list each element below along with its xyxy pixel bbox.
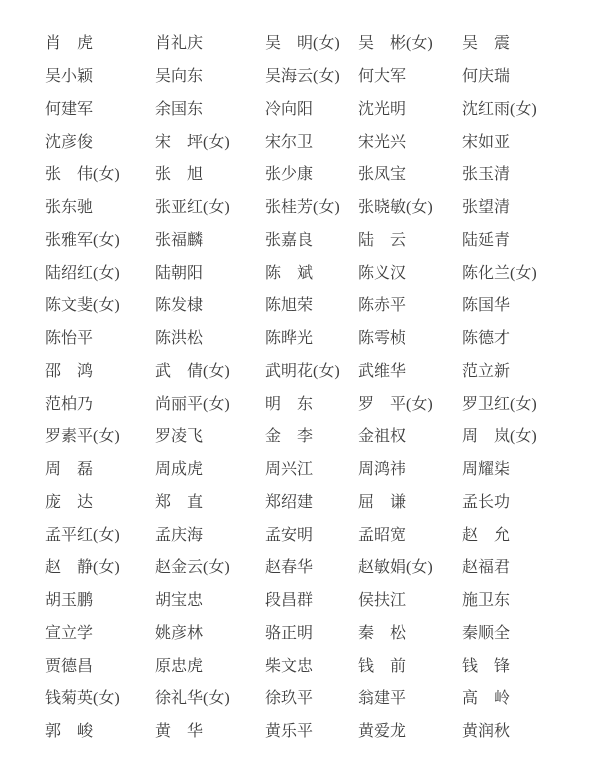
name-cell: 宋尔卫 <box>265 135 358 151</box>
name-cell: 孟平红(女) <box>45 528 155 544</box>
name-cell: 侯扶江 <box>358 593 462 609</box>
name-cell: 宋光兴 <box>358 135 462 151</box>
name-cell: 柴文忠 <box>265 659 358 675</box>
name-row: 钱菊英(女)徐礼华(女)徐玖平翁建平高 岭 <box>45 683 600 716</box>
name-cell: 姚彦林 <box>155 626 265 642</box>
name-cell: 金祖权 <box>358 429 462 445</box>
name-cell: 罗 平(女) <box>358 397 462 413</box>
name-cell: 张福麟 <box>155 233 265 249</box>
name-cell: 武 倩(女) <box>155 364 265 380</box>
name-row: 张雅军(女)张福麟张嘉良陆 云陆延青 <box>45 225 600 258</box>
name-row: 陆绍红(女)陆朝阳陈 斌陈义汉陈化兰(女) <box>45 257 600 290</box>
name-row: 张东驰张亚红(女)张桂芳(女)张晓敏(女)张望清 <box>45 192 600 225</box>
name-cell: 徐玖平 <box>265 691 358 707</box>
name-row: 何建军余国东冷向阳沈光明沈红雨(女) <box>45 94 600 127</box>
name-cell: 陈化兰(女) <box>462 266 600 282</box>
name-row: 罗素平(女)罗凌飞金 李金祖权周 岚(女) <box>45 421 600 454</box>
name-cell: 贾德昌 <box>45 659 155 675</box>
name-row: 胡玉鹏胡宝忠段昌群侯扶江施卫东 <box>45 585 600 618</box>
name-cell: 孟庆海 <box>155 528 265 544</box>
name-cell: 张凤宝 <box>358 167 462 183</box>
name-cell: 武明花(女) <box>265 364 358 380</box>
name-cell: 张少康 <box>265 167 358 183</box>
name-cell: 陈德才 <box>462 331 600 347</box>
name-cell: 黄爱龙 <box>358 724 462 740</box>
name-cell: 赵敏娟(女) <box>358 560 462 576</box>
name-row: 范柏乃尚丽平(女)明 东罗 平(女)罗卫红(女) <box>45 388 600 421</box>
name-cell: 沈红雨(女) <box>462 102 600 118</box>
name-cell: 范立新 <box>462 364 600 380</box>
name-cell: 黄 华 <box>155 724 265 740</box>
name-cell: 邵 鸿 <box>45 364 155 380</box>
name-cell: 胡宝忠 <box>155 593 265 609</box>
name-cell: 段昌群 <box>265 593 358 609</box>
name-cell: 孟昭宽 <box>358 528 462 544</box>
name-cell: 吴海云(女) <box>265 69 358 85</box>
name-cell: 施卫东 <box>462 593 600 609</box>
name-row: 吴小颖吴向东吴海云(女)何大军何庆瑞 <box>45 61 600 94</box>
name-cell: 张 伟(女) <box>45 167 155 183</box>
name-cell: 肖 虎 <box>45 36 155 52</box>
name-cell: 吴 震 <box>462 36 600 52</box>
name-cell: 何大军 <box>358 69 462 85</box>
name-cell: 秦 松 <box>358 626 462 642</box>
name-cell: 秦顺全 <box>462 626 600 642</box>
name-cell: 周 磊 <box>45 462 155 478</box>
name-cell: 张 旭 <box>155 167 265 183</box>
name-cell: 武维华 <box>358 364 462 380</box>
name-row: 陈文斐(女)陈发棣陈旭荣陈赤平陈国华 <box>45 290 600 323</box>
name-cell: 徐礼华(女) <box>155 691 265 707</box>
name-cell: 庞 达 <box>45 495 155 511</box>
name-cell: 孟安明 <box>265 528 358 544</box>
name-cell: 张玉清 <box>462 167 600 183</box>
name-row: 肖 虎肖礼庆吴 明(女)吴 彬(女)吴 震 <box>45 28 600 61</box>
name-cell: 陈赤平 <box>358 298 462 314</box>
name-row: 宣立学姚彦林骆正明秦 松秦顺全 <box>45 618 600 651</box>
name-cell: 黄润秋 <box>462 724 600 740</box>
name-row: 邵 鸿武 倩(女)武明花(女)武维华范立新 <box>45 356 600 389</box>
name-cell: 陈雩桢 <box>358 331 462 347</box>
name-cell: 周 岚(女) <box>462 429 600 445</box>
name-cell: 陈洪松 <box>155 331 265 347</box>
name-cell: 肖礼庆 <box>155 36 265 52</box>
name-row: 沈彦俊宋 坪(女)宋尔卫宋光兴宋如亚 <box>45 126 600 159</box>
name-cell: 郑 直 <box>155 495 265 511</box>
name-cell: 陆朝阳 <box>155 266 265 282</box>
name-row: 周 磊周成虎周兴江周鸿祎周耀柒 <box>45 454 600 487</box>
name-cell: 陈发棣 <box>155 298 265 314</box>
name-row: 孟平红(女)孟庆海孟安明孟昭宽赵 允 <box>45 519 600 552</box>
name-cell: 胡玉鹏 <box>45 593 155 609</box>
name-cell: 陆 云 <box>358 233 462 249</box>
name-cell: 张雅军(女) <box>45 233 155 249</box>
name-cell: 陈 斌 <box>265 266 358 282</box>
name-cell: 钱 锋 <box>462 659 600 675</box>
name-cell: 赵春华 <box>265 560 358 576</box>
name-list: 肖 虎肖礼庆吴 明(女)吴 彬(女)吴 震吴小颖吴向东吴海云(女)何大军何庆瑞何… <box>45 28 600 749</box>
name-cell: 尚丽平(女) <box>155 397 265 413</box>
name-cell: 骆正明 <box>265 626 358 642</box>
name-row: 郭 峻黄 华黄乐平黄爱龙黄润秋 <box>45 716 600 749</box>
name-cell: 吴小颖 <box>45 69 155 85</box>
name-cell: 张东驰 <box>45 200 155 216</box>
name-cell: 张望清 <box>462 200 600 216</box>
name-cell: 陈怡平 <box>45 331 155 347</box>
name-cell: 冷向阳 <box>265 102 358 118</box>
name-cell: 沈光明 <box>358 102 462 118</box>
name-cell: 孟长功 <box>462 495 600 511</box>
name-cell: 张晓敏(女) <box>358 200 462 216</box>
name-cell: 张嘉良 <box>265 233 358 249</box>
name-cell: 陈国华 <box>462 298 600 314</box>
name-cell: 沈彦俊 <box>45 135 155 151</box>
name-cell: 赵 允 <box>462 528 600 544</box>
name-cell: 罗凌飞 <box>155 429 265 445</box>
name-cell: 吴 明(女) <box>265 36 358 52</box>
name-row: 张 伟(女)张 旭张少康张凤宝张玉清 <box>45 159 600 192</box>
name-cell: 宣立学 <box>45 626 155 642</box>
name-row: 赵 静(女)赵金云(女)赵春华赵敏娟(女)赵福君 <box>45 552 600 585</box>
name-cell: 罗素平(女) <box>45 429 155 445</box>
name-cell: 郑绍建 <box>265 495 358 511</box>
name-cell: 明 东 <box>265 397 358 413</box>
name-cell: 陈旭荣 <box>265 298 358 314</box>
name-cell: 周耀柒 <box>462 462 600 478</box>
name-cell: 陈义汉 <box>358 266 462 282</box>
name-cell: 陆绍红(女) <box>45 266 155 282</box>
name-cell: 屈 谦 <box>358 495 462 511</box>
name-cell: 高 岭 <box>462 691 600 707</box>
name-cell: 黄乐平 <box>265 724 358 740</box>
name-cell: 周鸿祎 <box>358 462 462 478</box>
name-cell: 吴 彬(女) <box>358 36 462 52</box>
name-cell: 罗卫红(女) <box>462 397 600 413</box>
name-cell: 周兴江 <box>265 462 358 478</box>
name-cell: 赵金云(女) <box>155 560 265 576</box>
name-cell: 张桂芳(女) <box>265 200 358 216</box>
name-cell: 翁建平 <box>358 691 462 707</box>
name-cell: 张亚红(女) <box>155 200 265 216</box>
name-cell: 何建军 <box>45 102 155 118</box>
document-page: 肖 虎肖礼庆吴 明(女)吴 彬(女)吴 震吴小颖吴向东吴海云(女)何大军何庆瑞何… <box>0 0 600 769</box>
name-cell: 陈晔光 <box>265 331 358 347</box>
name-cell: 金 李 <box>265 429 358 445</box>
name-cell: 吴向东 <box>155 69 265 85</box>
name-cell: 何庆瑞 <box>462 69 600 85</box>
name-cell: 钱 前 <box>358 659 462 675</box>
name-cell: 余国东 <box>155 102 265 118</box>
name-cell: 郭 峻 <box>45 724 155 740</box>
name-cell: 陈文斐(女) <box>45 298 155 314</box>
name-row: 陈怡平陈洪松陈晔光陈雩桢陈德才 <box>45 323 600 356</box>
name-cell: 钱菊英(女) <box>45 691 155 707</box>
name-cell: 宋如亚 <box>462 135 600 151</box>
name-cell: 宋 坪(女) <box>155 135 265 151</box>
name-row: 庞 达郑 直郑绍建屈 谦孟长功 <box>45 487 600 520</box>
name-cell: 赵 静(女) <box>45 560 155 576</box>
name-cell: 原忠虎 <box>155 659 265 675</box>
name-cell: 周成虎 <box>155 462 265 478</box>
name-cell: 赵福君 <box>462 560 600 576</box>
name-row: 贾德昌原忠虎柴文忠钱 前钱 锋 <box>45 650 600 683</box>
name-cell: 范柏乃 <box>45 397 155 413</box>
name-cell: 陆延青 <box>462 233 600 249</box>
